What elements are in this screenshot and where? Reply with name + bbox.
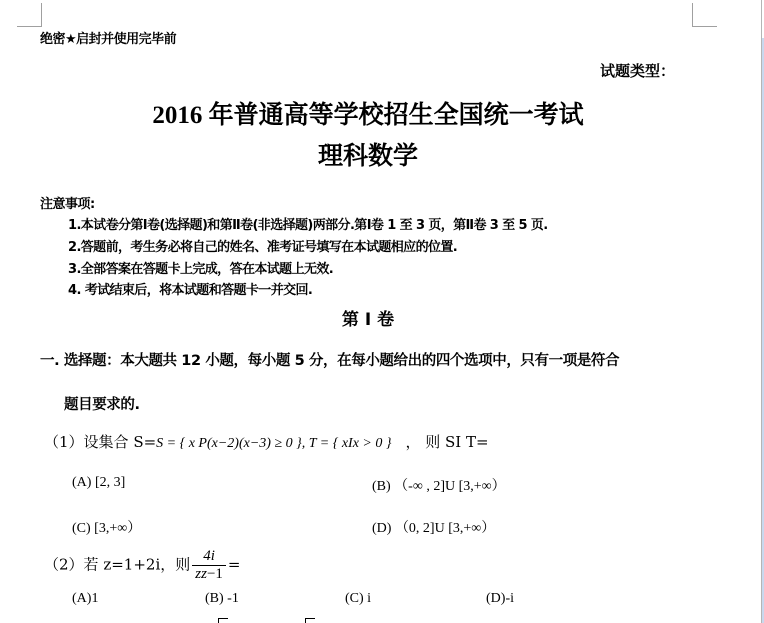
note-item: 1.本试卷分第Ⅰ卷(选择题)和第Ⅱ卷(非选择题)两部分.第Ⅰ卷 1 至 3 页，…: [68, 214, 548, 233]
note-item: 4. 考试结束后，将本试题和答题卡一并交回.: [68, 279, 312, 298]
document-title: 2016 年普通高等学校招生全国统一考试: [0, 95, 736, 131]
cut-off-math-mark: [218, 618, 228, 619]
option-c: (C) i: [345, 591, 371, 607]
section-instructions-continued: 题目要求的.: [64, 393, 140, 414]
option-a: (A)1: [72, 591, 98, 607]
question-stem-prefix: 若 z=1+2i，则: [84, 556, 191, 574]
note-item: 3.全部答案在答题卡上完成，答在本试题上无效.: [68, 258, 333, 277]
option-b: (B) -1: [205, 591, 239, 607]
question-stem-suffix: ， 则 SI T=: [405, 433, 488, 451]
page-corner-mark-top-left: [17, 3, 42, 27]
option-a: (A) [2, 3]: [72, 475, 125, 491]
volume-heading: 第 I 卷: [0, 305, 736, 330]
notes-heading: 注意事项:: [40, 193, 95, 212]
page-corner-mark-top-right: [692, 3, 717, 27]
question-math: S = { x P(x−2)(x−3) ≥ 0 }, T = { xIx > 0…: [156, 436, 391, 451]
exam-type-label: 试题类型：: [600, 60, 675, 81]
option-d: (D) （0, 2]U [3,+∞）: [372, 517, 495, 537]
option-b: (B) （-∞ , 2]U [3,+∞）: [372, 475, 506, 495]
section-instructions: 一. 选择题：本大题共 12 小题，每小题 5 分，在每小题给出的四个选项中，只…: [40, 349, 619, 370]
document-subtitle: 理科数学: [0, 136, 736, 172]
cut-off-math-mark: [305, 618, 315, 619]
question-stem-prefix: 设集合 S=: [84, 433, 157, 451]
question-number: （1）: [44, 433, 84, 451]
option-c: (C) [3,+∞）: [72, 517, 141, 537]
question-2: （2）若 z=1+2i，则4izz−1=: [44, 548, 240, 583]
confidential-label: 绝密★启封并使用完毕前: [40, 28, 176, 47]
question-1: （1）设集合 S=S = { x P(x−2)(x−3) ≥ 0 }, T = …: [44, 431, 489, 452]
question-number: （2）: [44, 556, 84, 574]
fraction: 4izz−1: [192, 548, 226, 583]
note-item: 2.答题前，考生务必将自己的姓名、准考证号填写在本试题相应的位置.: [68, 236, 457, 255]
question-stem-suffix: =: [228, 556, 241, 574]
option-d: (D)-i: [486, 591, 514, 607]
